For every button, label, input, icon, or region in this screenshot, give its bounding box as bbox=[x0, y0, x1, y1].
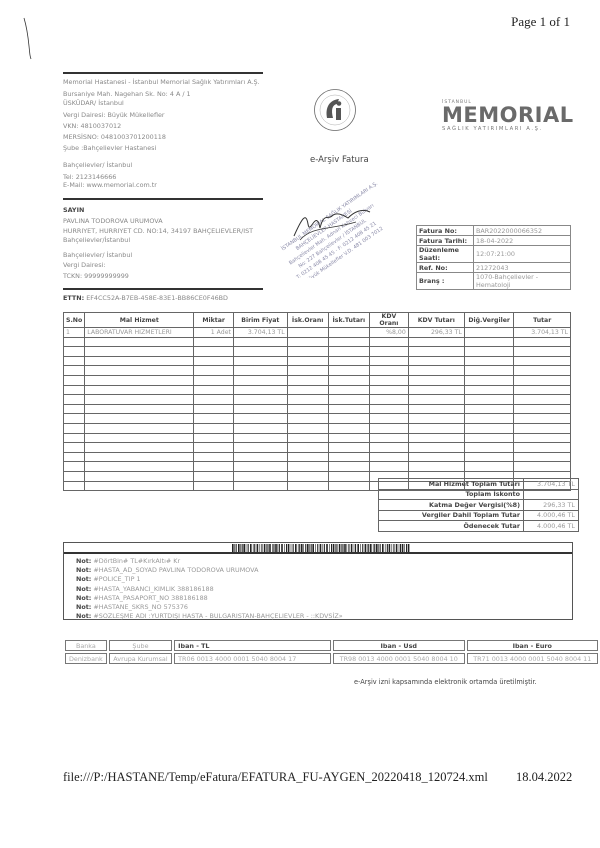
table-cell: %8,00 bbox=[370, 328, 409, 338]
totals-table: Mal Hizmet Toplam Tutarı3.704,13 TLTopla… bbox=[378, 478, 579, 532]
table-cell bbox=[233, 356, 287, 366]
column-header: Miktar bbox=[194, 313, 234, 328]
sender-tax-office: Vergi Dairesi: Büyük Mükellefler bbox=[63, 110, 263, 121]
divider bbox=[63, 72, 263, 74]
invoice-info-label: Branş : bbox=[417, 273, 474, 290]
table-cell bbox=[464, 356, 514, 366]
note-line: Not: #HASTA_PASAPORT_NO 388186188 bbox=[76, 594, 343, 603]
notes-box: Not: #DörtBin# TL#KırkAltı# KrNot: #HAST… bbox=[63, 542, 573, 620]
table-cell bbox=[370, 414, 409, 424]
table-cell bbox=[194, 356, 234, 366]
invoice-info-label: Düzenleme Saati: bbox=[417, 246, 474, 263]
totals-value: 4.000,46 TL bbox=[524, 510, 579, 521]
empty-table-row bbox=[64, 347, 571, 357]
table-cell bbox=[233, 366, 287, 376]
table-cell bbox=[328, 337, 369, 347]
note-text: #POLICE_TIP 1 bbox=[93, 575, 140, 583]
document-title: e-Arşiv Fatura bbox=[310, 155, 369, 165]
table-cell bbox=[64, 337, 85, 347]
table-cell bbox=[287, 347, 328, 357]
invoice-info-row: Fatura Tarihi:18-04-2022 bbox=[417, 236, 571, 246]
table-cell bbox=[85, 356, 194, 366]
table-cell bbox=[370, 366, 409, 376]
table-cell bbox=[85, 423, 194, 433]
sender-company: Memorial Hastanesi - İstanbul Memorial S… bbox=[63, 77, 263, 88]
table-cell bbox=[408, 366, 464, 376]
table-cell bbox=[464, 375, 514, 385]
sender-mersis: MERSİSNO: 0481003701200118 bbox=[63, 132, 263, 143]
table-cell: 296,33 TL bbox=[408, 328, 464, 338]
totals-value: 4.000,46 TL bbox=[524, 521, 579, 532]
table-cell bbox=[64, 347, 85, 357]
table-cell bbox=[408, 404, 464, 414]
page-number: Page 1 of 1 bbox=[511, 14, 570, 30]
table-cell bbox=[408, 433, 464, 443]
table-cell bbox=[85, 462, 194, 472]
recipient-heading: SAYIN bbox=[63, 205, 273, 216]
recipient-tax-office: Vergi Dairesi: bbox=[63, 260, 273, 271]
table-cell bbox=[464, 395, 514, 405]
table-cell bbox=[233, 414, 287, 424]
table-cell bbox=[287, 328, 328, 338]
table-cell bbox=[464, 443, 514, 453]
bank-branch: Avrupa Kurumsal bbox=[109, 653, 172, 664]
table-cell bbox=[194, 347, 234, 357]
column-header: KDV Tutarı bbox=[408, 313, 464, 328]
items-table: S.NoMal HizmetMiktarBirim Fiyatİsk.Oranı… bbox=[63, 312, 571, 491]
table-cell bbox=[328, 385, 369, 395]
table-cell bbox=[464, 452, 514, 462]
table-cell bbox=[194, 462, 234, 472]
table-cell bbox=[408, 462, 464, 472]
table-cell bbox=[328, 443, 369, 453]
table-cell bbox=[85, 366, 194, 376]
sender-phone: Tel: 2123146666 bbox=[63, 173, 157, 181]
table-cell bbox=[194, 385, 234, 395]
table-cell bbox=[85, 481, 194, 491]
note-line: Not: #HASTA_AD_SOYAD PAVLINA TODOROVA UR… bbox=[76, 566, 343, 575]
iban-tl-header: Iban - TL bbox=[174, 640, 331, 651]
table-cell bbox=[408, 337, 464, 347]
table-cell: 3.704,13 TL bbox=[514, 328, 571, 338]
note-label: Not: bbox=[76, 612, 91, 620]
table-cell bbox=[328, 356, 369, 366]
note-label: Not: bbox=[76, 594, 91, 602]
note-text: #HASTA_YABANCI_KIMLIK 388186188 bbox=[93, 585, 213, 593]
note-line: Not: #POLICE_TIP 1 bbox=[76, 575, 343, 584]
note-line: Not: #SOZLEŞME ADI :YURTDIŞI HASTA - BUL… bbox=[76, 612, 343, 621]
ettn-value: EF4CC52A-B7EB-458E-83E1-BB86CE0F46BD bbox=[86, 294, 228, 302]
pen-mark-icon bbox=[22, 16, 34, 60]
table-cell bbox=[85, 385, 194, 395]
table-cell bbox=[64, 414, 85, 424]
table-cell bbox=[328, 395, 369, 405]
totals-row: Vergiler Dahil Toplam Tutar4.000,46 TL bbox=[379, 510, 579, 521]
table-cell bbox=[85, 404, 194, 414]
table-cell bbox=[370, 423, 409, 433]
recipient-block: SAYIN PAVLINA TODOROVA URUMOVA HURRIYET,… bbox=[63, 205, 273, 281]
divider bbox=[63, 288, 263, 290]
table-cell bbox=[464, 328, 514, 338]
note-label: Not: bbox=[76, 585, 91, 593]
bank-table: Banka Şube Iban - TL Iban - Usd Iban - E… bbox=[63, 638, 600, 666]
table-cell bbox=[514, 356, 571, 366]
table-cell bbox=[328, 328, 369, 338]
table-cell bbox=[287, 471, 328, 481]
totals-label: Toplam İskonto bbox=[379, 489, 524, 500]
table-cell bbox=[194, 471, 234, 481]
table-cell bbox=[194, 423, 234, 433]
table-cell bbox=[194, 481, 234, 491]
table-cell bbox=[408, 423, 464, 433]
print-date: 18.04.2022 bbox=[516, 770, 572, 785]
table-cell bbox=[370, 443, 409, 453]
table-cell bbox=[408, 452, 464, 462]
note-text: #DörtBin# TL#KırkAltı# Kr bbox=[93, 557, 180, 565]
table-cell: 3.704,13 TL bbox=[233, 328, 287, 338]
brand-logo: İSTANBUL MEMORIAL SAĞLIK YATIRIMLARI A.Ş… bbox=[442, 100, 574, 132]
note-label: Not: bbox=[76, 603, 91, 611]
table-cell bbox=[514, 414, 571, 424]
recipient-name: PAVLINA TODOROVA URUMOVA bbox=[63, 216, 273, 227]
table-cell bbox=[233, 481, 287, 491]
column-header: Mal Hizmet bbox=[85, 313, 194, 328]
invoice-info-value: BAR2022000066352 bbox=[474, 226, 571, 236]
invoice-info-value: 12:07:21:00 bbox=[474, 246, 571, 263]
bank-header-row: Banka Şube Iban - TL Iban - Usd Iban - E… bbox=[65, 640, 598, 651]
table-cell bbox=[328, 375, 369, 385]
table-cell bbox=[408, 414, 464, 424]
iban-usd-header: Iban - Usd bbox=[333, 640, 464, 651]
table-cell bbox=[328, 366, 369, 376]
iban-usd: TR98 0013 4000 0001 5040 8004 10 bbox=[333, 653, 464, 664]
barcode-icon bbox=[232, 544, 410, 552]
table-cell bbox=[514, 443, 571, 453]
empty-table-row bbox=[64, 462, 571, 472]
column-header: Birim Fiyat bbox=[233, 313, 287, 328]
sender-contact: Bahçelievler/ İstanbul Tel: 2123146666 E… bbox=[63, 160, 157, 189]
brand-name: MEMORIAL bbox=[442, 105, 574, 125]
table-cell bbox=[233, 452, 287, 462]
table-cell bbox=[194, 375, 234, 385]
empty-table-row bbox=[64, 395, 571, 405]
table-cell: 1 Adet bbox=[194, 328, 234, 338]
table-cell bbox=[287, 404, 328, 414]
table-cell bbox=[64, 366, 85, 376]
totals-row: Mal Hizmet Toplam Tutarı3.704,13 TL bbox=[379, 479, 579, 490]
table-cell bbox=[287, 414, 328, 424]
table-cell bbox=[64, 423, 85, 433]
table-cell bbox=[370, 404, 409, 414]
table-cell bbox=[233, 404, 287, 414]
table-cell bbox=[287, 462, 328, 472]
iban-tl: TR06 0013 4000 0001 5040 8004 17 bbox=[174, 653, 331, 664]
divider bbox=[63, 198, 263, 200]
ettn: ETTN: EF4CC52A-B7EB-458E-83E1-BB86CE0F46… bbox=[63, 294, 228, 302]
invoice-info-value: 1070-Bahçelievler - Hematoloji bbox=[474, 273, 571, 290]
sender-address: Bursaniye Mah. Nagehan Sk. No: 4 A / 1 bbox=[63, 90, 263, 99]
invoice-info-value: 18-04-2022 bbox=[474, 236, 571, 246]
table-cell bbox=[64, 443, 85, 453]
table-cell bbox=[328, 471, 369, 481]
sender-district: ÜSKÜDAR/ İstanbul bbox=[63, 99, 263, 108]
table-cell bbox=[408, 375, 464, 385]
totals-value: 296,33 TL bbox=[524, 500, 579, 511]
empty-table-row bbox=[64, 433, 571, 443]
column-header: İsk.Tutarı bbox=[328, 313, 369, 328]
table-cell bbox=[64, 433, 85, 443]
table-cell bbox=[287, 366, 328, 376]
table-cell bbox=[514, 337, 571, 347]
table-cell bbox=[514, 385, 571, 395]
table-cell bbox=[370, 433, 409, 443]
table-cell bbox=[370, 395, 409, 405]
e-archive-footnote: e-Arşiv izni kapsamında elektronik ortam… bbox=[354, 678, 537, 686]
iban-euro-header: Iban - Euro bbox=[467, 640, 599, 651]
branch-header: Şube bbox=[109, 640, 172, 651]
table-cell bbox=[328, 433, 369, 443]
table-cell: 1 bbox=[64, 328, 85, 338]
table-cell bbox=[328, 404, 369, 414]
recipient-address: HURRIYET, HURRIYET CD. NO:14, 34197 BAHÇ… bbox=[63, 226, 273, 237]
table-cell bbox=[464, 462, 514, 472]
table-cell bbox=[194, 414, 234, 424]
sender-branch: Şube :Bahçelievler Hastanesi bbox=[63, 143, 263, 154]
table-cell bbox=[408, 356, 464, 366]
table-cell bbox=[328, 423, 369, 433]
table-cell bbox=[64, 385, 85, 395]
totals-value: 3.704,13 TL bbox=[524, 479, 579, 490]
table-cell bbox=[408, 385, 464, 395]
note-line: Not: #DörtBin# TL#KırkAltı# Kr bbox=[76, 557, 343, 566]
table-cell bbox=[85, 347, 194, 357]
table-cell bbox=[408, 443, 464, 453]
note-label: Not: bbox=[76, 575, 91, 583]
empty-table-row bbox=[64, 423, 571, 433]
note-text: #HASTANE_SKRS_NO 575376 bbox=[93, 603, 188, 611]
empty-table-row bbox=[64, 385, 571, 395]
invoice-info-label: Fatura Tarihi: bbox=[417, 236, 474, 246]
totals-label: Mal Hizmet Toplam Tutarı bbox=[379, 479, 524, 490]
table-cell bbox=[64, 471, 85, 481]
table-cell bbox=[233, 433, 287, 443]
invoice-info-row: Ref. No:21272043 bbox=[417, 263, 571, 273]
table-cell bbox=[233, 347, 287, 357]
note-line: Not: #HASTANE_SKRS_NO 575376 bbox=[76, 603, 343, 612]
table-cell bbox=[328, 481, 369, 491]
table-cell bbox=[464, 423, 514, 433]
empty-table-row bbox=[64, 366, 571, 376]
table-cell bbox=[194, 395, 234, 405]
table-cell bbox=[464, 347, 514, 357]
table-cell bbox=[370, 347, 409, 357]
totals-value bbox=[524, 489, 579, 500]
sender-block: Memorial Hastanesi - İstanbul Memorial S… bbox=[63, 77, 263, 154]
table-cell bbox=[64, 481, 85, 491]
table-cell bbox=[287, 395, 328, 405]
table-cell bbox=[514, 433, 571, 443]
table-cell bbox=[287, 385, 328, 395]
table-cell bbox=[464, 337, 514, 347]
totals-label: Ödenecek Tutar bbox=[379, 521, 524, 532]
sender-vkn: VKN: 4810037012 bbox=[63, 121, 263, 132]
bank-name: Denizbank bbox=[65, 653, 107, 664]
note-text: #HASTA_PASAPORT_NO 388186188 bbox=[93, 594, 207, 602]
bank-header: Banka bbox=[65, 640, 107, 651]
column-header: Tutar bbox=[514, 313, 571, 328]
table-cell bbox=[85, 395, 194, 405]
table-cell bbox=[370, 356, 409, 366]
note-text: #HASTA_AD_SOYAD PAVLINA TODOROVA URUMOVA bbox=[93, 566, 258, 574]
table-cell bbox=[408, 347, 464, 357]
table-cell bbox=[514, 404, 571, 414]
empty-table-row bbox=[64, 414, 571, 424]
invoice-info-label: Fatura No: bbox=[417, 226, 474, 236]
invoice-info-table: Fatura No:BAR2022000066352Fatura Tarihi:… bbox=[416, 225, 571, 290]
table-cell bbox=[64, 404, 85, 414]
totals-row: Ödenecek Tutar4.000,46 TL bbox=[379, 521, 579, 532]
table-cell bbox=[370, 462, 409, 472]
note-label: Not: bbox=[76, 557, 91, 565]
table-cell bbox=[328, 414, 369, 424]
table-row: 1LABORATUVAR HIZMETLERI1 Adet3.704,13 TL… bbox=[64, 328, 571, 338]
table-cell bbox=[85, 375, 194, 385]
iban-euro: TR71 0013 4000 0001 5040 8004 11 bbox=[467, 653, 599, 664]
invoice-info-row: Branş :1070-Bahçelievler - Hematoloji bbox=[417, 273, 571, 290]
table-cell bbox=[233, 462, 287, 472]
table-cell bbox=[194, 404, 234, 414]
company-stamp-signature-icon: İSTANBUL MEMORIAL SAĞLIK YATIRIMLARI A.Ş… bbox=[272, 178, 397, 278]
table-cell bbox=[287, 356, 328, 366]
table-cell bbox=[464, 433, 514, 443]
table-cell bbox=[64, 452, 85, 462]
table-cell bbox=[233, 471, 287, 481]
table-cell bbox=[233, 337, 287, 347]
table-cell bbox=[328, 452, 369, 462]
note-line: Not: #HASTA_YABANCI_KIMLIK 388186188 bbox=[76, 585, 343, 594]
table-cell bbox=[64, 356, 85, 366]
table-cell bbox=[85, 443, 194, 453]
note-text: #SOZLEŞME ADI :YURTDIŞI HASTA - BULGARIS… bbox=[93, 612, 342, 620]
empty-table-row bbox=[64, 356, 571, 366]
table-cell bbox=[233, 443, 287, 453]
empty-table-row bbox=[64, 375, 571, 385]
bank-row: Denizbank Avrupa Kurumsal TR06 0013 4000… bbox=[65, 653, 598, 664]
empty-table-row bbox=[64, 337, 571, 347]
notes-list: Not: #DörtBin# TL#KırkAltı# KrNot: #HAST… bbox=[76, 557, 343, 621]
table-cell bbox=[287, 423, 328, 433]
table-cell bbox=[194, 433, 234, 443]
table-cell bbox=[464, 404, 514, 414]
table-cell bbox=[85, 452, 194, 462]
table-cell bbox=[85, 337, 194, 347]
file-path: file:///P:/HASTANE/Temp/eFatura/EFATURA_… bbox=[63, 770, 488, 785]
totals-row: Katma Değer Vergisi(%8)296,33 TL bbox=[379, 500, 579, 511]
table-cell bbox=[464, 385, 514, 395]
column-header: S.No bbox=[64, 313, 85, 328]
table-cell bbox=[233, 423, 287, 433]
column-header: Diğ.Vergiler bbox=[464, 313, 514, 328]
recipient-tckn: TCKN: 99999999999 bbox=[63, 271, 273, 282]
sender-city: Bahçelievler/ İstanbul bbox=[63, 160, 157, 171]
empty-table-row bbox=[64, 452, 571, 462]
table-cell bbox=[370, 385, 409, 395]
sender-email: E-Mail: www.memorial.com.tr bbox=[63, 181, 157, 189]
gib-seal-icon bbox=[313, 88, 357, 132]
table-cell bbox=[64, 395, 85, 405]
table-cell bbox=[328, 462, 369, 472]
table-cell bbox=[194, 443, 234, 453]
table-cell bbox=[85, 414, 194, 424]
table-cell bbox=[514, 347, 571, 357]
table-cell bbox=[233, 375, 287, 385]
ettn-label: ETTN: bbox=[63, 294, 84, 302]
invoice-info-row: Düzenleme Saati:12:07:21:00 bbox=[417, 246, 571, 263]
recipient-address-2: Bahçelievler/İstanbul bbox=[63, 237, 273, 244]
table-cell bbox=[85, 471, 194, 481]
table-cell bbox=[370, 337, 409, 347]
table-cell bbox=[514, 423, 571, 433]
column-header: KDV Oranı bbox=[370, 313, 409, 328]
invoice-info-label: Ref. No: bbox=[417, 263, 474, 273]
empty-table-row bbox=[64, 443, 571, 453]
table-cell bbox=[370, 375, 409, 385]
table-cell bbox=[514, 395, 571, 405]
totals-label: Katma Değer Vergisi(%8) bbox=[379, 500, 524, 511]
table-cell bbox=[233, 385, 287, 395]
table-cell bbox=[194, 366, 234, 376]
table-cell bbox=[464, 366, 514, 376]
invoice-info-row: Fatura No:BAR2022000066352 bbox=[417, 226, 571, 236]
table-cell bbox=[514, 366, 571, 376]
empty-table-row bbox=[64, 404, 571, 414]
table-cell bbox=[464, 414, 514, 424]
totals-row: Toplam İskonto bbox=[379, 489, 579, 500]
table-cell bbox=[194, 452, 234, 462]
table-cell bbox=[233, 395, 287, 405]
table-cell bbox=[328, 347, 369, 357]
table-cell bbox=[370, 452, 409, 462]
barcode-band bbox=[64, 543, 572, 554]
table-cell bbox=[194, 337, 234, 347]
table-cell bbox=[287, 443, 328, 453]
column-header: İsk.Oranı bbox=[287, 313, 328, 328]
invoice-info-value: 21272043 bbox=[474, 263, 571, 273]
table-cell bbox=[287, 375, 328, 385]
table-cell bbox=[514, 452, 571, 462]
table-cell bbox=[64, 375, 85, 385]
table-cell bbox=[287, 433, 328, 443]
totals-label: Vergiler Dahil Toplam Tutar bbox=[379, 510, 524, 521]
table-cell bbox=[514, 375, 571, 385]
note-label: Not: bbox=[76, 566, 91, 574]
table-cell bbox=[85, 433, 194, 443]
table-cell: LABORATUVAR HIZMETLERI bbox=[85, 328, 194, 338]
table-cell bbox=[287, 337, 328, 347]
table-cell bbox=[64, 462, 85, 472]
table-cell bbox=[287, 481, 328, 491]
table-cell bbox=[514, 462, 571, 472]
recipient-city: Bahçelievler/ İstanbul bbox=[63, 250, 273, 261]
table-cell bbox=[287, 452, 328, 462]
table-cell bbox=[408, 395, 464, 405]
